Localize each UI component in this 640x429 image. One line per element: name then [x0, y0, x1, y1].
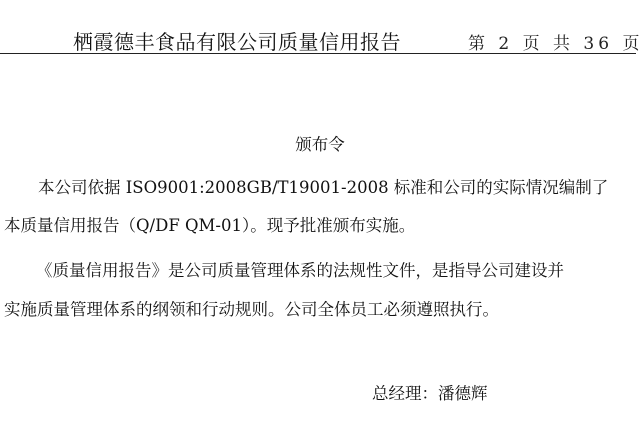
page-indicator: 第 2 页 共 36 页	[468, 29, 640, 54]
header-divider	[0, 53, 636, 54]
page-header: 栖霞德丰食品有限公司质量信用报告 第 2 页 共 36 页	[0, 0, 640, 56]
document-title: 颁布令	[0, 131, 640, 155]
paragraph-1-line-2: 本质量信用报告（Q/DF QM-01）。现予批准颁布实施。	[4, 212, 415, 236]
paragraph-2-line-1: 《质量信用报告》是公司质量管理体系的法规性文件，是指导公司建设并	[36, 257, 564, 281]
report-title: 栖霞德丰食品有限公司质量信用报告	[73, 26, 401, 55]
paragraph-1-line-1: 本公司依据 ISO9001:2008GB/T19001-2008 标准和公司的实…	[38, 174, 608, 198]
paragraph-2-line-2: 实施质量管理体系的纲领和行动规则。公司全体员工必须遵照执行。	[4, 296, 499, 320]
signature: 总经理：潘德辉	[372, 380, 488, 404]
